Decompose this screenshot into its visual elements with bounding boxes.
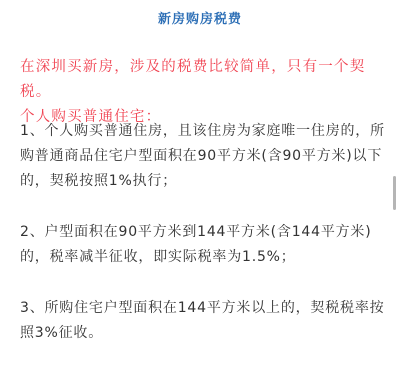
- vertical-scrollbar[interactable]: [393, 176, 396, 210]
- intro-line-1: 在深圳买新房，涉及的税费比较简单，只有一个契税。: [20, 55, 390, 105]
- paragraph-rule-2: 2、户型面积在90平方米到144平方米(含144平方米)的，税率减半征收，即实际…: [20, 220, 385, 270]
- page-title: 新房购房税费: [0, 8, 400, 27]
- paragraph-rule-3: 3、所购住宅户型面积在144平方米以上的，契税税率按照3%征收。: [20, 296, 385, 346]
- paragraph-rule-1: 1、个人购买普通住房，且该住房为家庭唯一住房的，所购普通商品住宅户型面积在90平…: [20, 119, 385, 194]
